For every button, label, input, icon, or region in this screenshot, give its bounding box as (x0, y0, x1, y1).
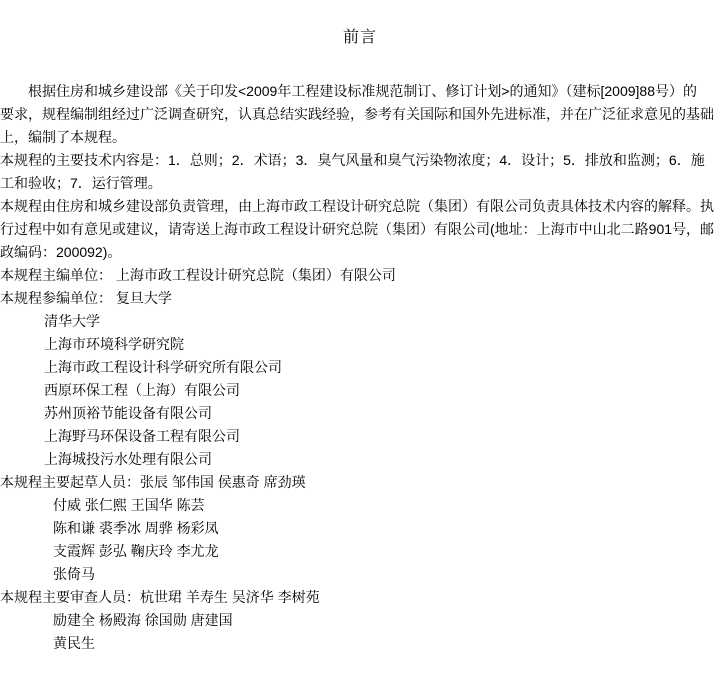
text-line: 清华大学 (0, 310, 720, 333)
document-body: 根据住房和城乡建设部《关于印发<2009年工程建设标准规范制订、修订计划>的通知… (0, 80, 720, 655)
text-line: 张倚马 (0, 563, 720, 586)
text-line: 黄民生 (0, 632, 720, 655)
text-line: 苏州顶裕节能设备有限公司 (0, 402, 720, 425)
text-line: 上海市环境科学研究院 (0, 333, 720, 356)
text-line: 本规程参编单位： 复旦大学 (0, 287, 720, 310)
text-line: 上海城投污水处理有限公司 (0, 448, 720, 471)
document-page: 前言 根据住房和城乡建设部《关于印发<2009年工程建设标准规范制订、修订计划>… (0, 0, 720, 673)
text-line: 上海野马环保设备工程有限公司 (0, 425, 720, 448)
text-line: 陈和谦 裘季冰 周骅 杨彩凤 (0, 517, 720, 540)
text-line: 本规程主要审查人员：杭世珺 羊寿生 吴济华 李树苑 (0, 586, 720, 609)
text-line: 本规程主编单位： 上海市政工程设计研究总院（集团）有限公司 (0, 264, 720, 287)
text-line: 政编码：200092)。 (0, 241, 720, 264)
text-line: 本规程的主要技术内容是：1．总则；2．术语；3．臭气风量和臭气污染物浓度；4．设… (0, 149, 720, 172)
page-title: 前言 (0, 28, 720, 47)
text-line: 要求，规程编制组经过广泛调查研究，认真总结实践经验，参考有关国际和国外先进标准，… (0, 103, 720, 126)
text-line: 支霞辉 彭弘 鞠庆玲 李尤龙 (0, 540, 720, 563)
text-line: 本规程主要起草人员：张辰 邹伟国 侯惠奇 席劲瑛 (0, 471, 720, 494)
text-line: 上，编制了本规程。 (0, 126, 720, 149)
text-line: 行过程中如有意见或建议，请寄送上海市政工程设计研究总院（集团）有限公司(地址：上… (0, 218, 720, 241)
text-line: 励建全 杨殿海 徐国勋 唐建国 (0, 609, 720, 632)
text-line: 西原环保工程（上海）有限公司 (0, 379, 720, 402)
text-line: 根据住房和城乡建设部《关于印发<2009年工程建设标准规范制订、修订计划>的通知… (0, 80, 720, 103)
text-line: 本规程由住房和城乡建设部负责管理，由上海市政工程设计研究总院（集团）有限公司负责… (0, 195, 720, 218)
text-line: 上海市政工程设计科学研究所有限公司 (0, 356, 720, 379)
text-line: 付威 张仁熙 王国华 陈芸 (0, 494, 720, 517)
text-line: 工和验收；7．运行管理。 (0, 172, 720, 195)
